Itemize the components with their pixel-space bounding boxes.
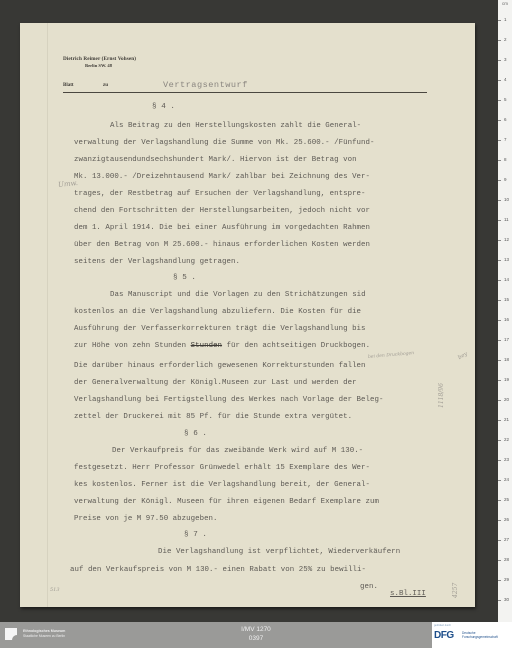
paper-fold-line [47,23,48,607]
ruler-tick [498,500,501,501]
text-line: verwaltung der Verlagshandlung die Summe… [74,139,375,147]
ruler-mark: 12 [504,237,509,242]
ruler-mark: 18 [504,357,509,362]
letterhead-publisher: Dietrich Reimer (Ernst Vohsen) [63,56,136,62]
blatt-label: Blatt [63,83,74,88]
text-line: Das Manuscript und die Vorlagen zu den S… [110,291,366,299]
struck-out-word: Stunden [191,342,222,350]
letterhead-address: Berlin SW. 48 [85,63,136,68]
ruler-mark: 3 [504,57,507,62]
dfg-funding-logo: gefördert durch DFG Deutsche Forschungsg… [432,622,512,648]
ruler-mark: 25 [504,497,509,502]
ruler-tick [498,320,501,321]
text-line: Die darüber hinaus erforderlich gewesene… [74,362,366,370]
text-line: Ausführung der Verfasserkorrekturen träg… [74,325,366,333]
letterhead: Dietrich Reimer (Ernst Vohsen) Berlin SW… [63,56,136,68]
handwritten-margin-note: bey [457,351,469,361]
dfg-name-line2: Forschungsgemeinschaft [462,635,498,639]
ruler-tick [498,20,501,21]
ruler-mark: 15 [504,297,509,302]
ruler-mark: 16 [504,317,509,322]
text-line: kostenlos an die Verlagshandlung abzulie… [74,308,361,316]
handwritten-catalog-number: 4257 [452,583,459,598]
ruler-tick [498,360,501,361]
text-line: Preise von je M 97.50 abzugeben. [74,515,218,523]
text-line: Die Verlagshandlung ist verpflichtet, Wi… [158,548,400,556]
archive-footer: Ethnologisches Museum Staatliche Museen … [0,622,512,648]
section-heading-6: § 6 . [184,430,207,438]
page-reference: s.Bl.III [390,590,426,598]
ruler-mark: 5 [504,97,507,102]
dfg-logo-icon: DFG [434,630,454,641]
ruler-tick [498,100,501,101]
ruler-tick [498,140,501,141]
ruler-tick [498,120,501,121]
document-page: Dietrich Reimer (Ernst Vohsen) Berlin SW… [20,23,475,607]
ruler-mark: 2 [504,37,507,42]
document-header-line: Blatt zu Vertragsentwurf [63,80,427,93]
scan-area: Dietrich Reimer (Ernst Vohsen) Berlin SW… [0,0,498,622]
ruler-mark: 10 [504,197,509,202]
ruler-mark: 7 [504,137,507,142]
ruler-tick [498,220,501,221]
ruler-mark: 21 [504,417,509,422]
handwritten-margin-note: Umw. [58,179,79,189]
ruler-mark: 19 [504,377,509,382]
text-line: Verlagshandlung bei Fertigstellung des W… [74,396,383,404]
text-line: der Generalverwaltung der Königl.Museen … [74,379,357,387]
ruler-mark: 29 [504,577,509,582]
ruler-mark: 8 [504,157,507,162]
text-line: festgesetzt. Herr Professor Grünwedel er… [74,464,370,472]
section-heading-5: § 5 . [173,274,196,282]
text-line: trages, der Restbetrag auf Ersuchen der … [74,190,366,198]
handwritten-catalog-number: 1118/96 [438,383,445,408]
text-line: zettel der Druckerei mit 85 Pf. für die … [74,413,352,421]
text-line: Der Verkaufpreis für das zweibände Werk … [112,447,363,455]
ruler-tick [498,260,501,261]
dfg-full-name: Deutsche Forschungsgemeinschaft [462,631,498,639]
text-line: verwaltung der Königl. Museen für ihren … [74,498,379,506]
ruler-mark: 13 [504,257,509,262]
ruler-tick [498,440,501,441]
text-line: gen. [360,583,378,591]
ruler-tick [498,240,501,241]
ruler-mark: 20 [504,397,509,402]
section-heading-7: § 7 . [184,531,207,539]
text-line: Als Beitrag zu den Herstellungskosten za… [110,122,361,130]
ruler-tick [498,400,501,401]
ruler-mark: 23 [504,457,509,462]
text-fragment: für den achtseitigen Druckbogen. [227,342,371,350]
text-line: über den Betrag von M 25.600.- hinaus er… [74,241,370,249]
ruler-tick [498,600,501,601]
measurement-ruler: cm 1 2 3 4 5 6 7 8 9 10 11 12 13 14 15 1… [498,0,512,622]
ruler-tick [498,460,501,461]
text-line: dem 1. April 1914. Die bei einer Ausführ… [74,224,370,232]
ruler-tick [498,420,501,421]
document-title: Vertragsentwurf [163,80,248,90]
ruler-tick [498,160,501,161]
ruler-tick [498,40,501,41]
ruler-mark: 28 [504,557,509,562]
handwritten-folio-number: 513 [50,587,60,593]
handwritten-interlinear-note: bei den Druckbogen [368,351,414,360]
ruler-mark: 14 [504,277,509,282]
zu-label: zu [103,83,108,88]
ruler-mark: 17 [504,337,509,342]
ruler-mark: 30 [504,597,509,602]
ruler-tick [498,520,501,521]
ruler-tick [498,540,501,541]
text-line: zwanzigtausendundsechshundert Mark/. Hie… [74,156,357,164]
ruler-tick [498,180,501,181]
ruler-tick [498,340,501,341]
ruler-mark: 4 [504,77,507,82]
ruler-mark: 22 [504,437,509,442]
ruler-tick [498,560,501,561]
text-line: kes kostenlos. Ferner ist die Verlagshan… [74,481,370,489]
text-line: seitens der Verlagshandlung getragen. [74,258,240,266]
ruler-tick [498,60,501,61]
text-line: chend den Fortschritten der Herstellungs… [74,207,370,215]
ruler-unit-label: cm [502,1,508,6]
ruler-tick [498,80,501,81]
ruler-mark: 27 [504,537,509,542]
ruler-tick [498,280,501,281]
text-line: zur Höhe von zehn Stunden Stunden für de… [74,342,370,350]
ruler-mark: 11 [504,217,509,222]
dfg-funded-by: gefördert durch [434,624,451,627]
ruler-mark: 6 [504,117,507,122]
ruler-tick [498,580,501,581]
text-line: auf den Verkaufspreis von M 130.- einen … [70,566,366,574]
ruler-tick [498,480,501,481]
ruler-mark: 26 [504,517,509,522]
ruler-tick [498,200,501,201]
ruler-tick [498,300,501,301]
text-line: Mk. 13.000.- /Dreizehntausend Mark/ zahl… [74,173,370,181]
text-fragment: zur Höhe von zehn Stunden [74,342,186,350]
ruler-mark: 9 [504,177,507,182]
ruler-mark: 1 [504,17,507,22]
ruler-tick [498,380,501,381]
section-heading-4: § 4 . [152,103,175,111]
ruler-mark: 24 [504,477,509,482]
